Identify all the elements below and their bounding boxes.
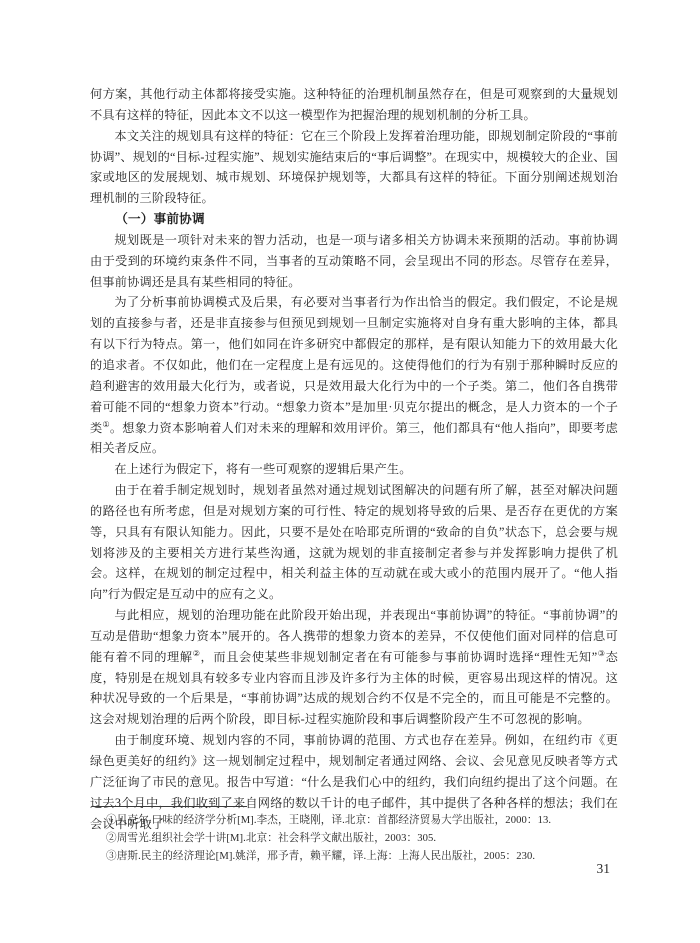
footnote-marker-2: ② <box>193 649 201 658</box>
body-paragraph-logical-results: 在上述行为假定下，将有一些可观察的逻辑后果产生。 <box>90 459 618 480</box>
page-number: 31 <box>597 861 611 877</box>
footnote-marker-1: ① <box>102 419 109 428</box>
body-text: 何方案，其他行动主体都将接受实施。这种特征的治理机制虽然存在，但是可观察到的大量… <box>90 84 618 834</box>
footnote-3: ③唐斯.民主的经济理论[M].姚洋，邢予青，赖平耀，译.上海：上海人民出版社，2… <box>90 848 618 866</box>
body-paragraph-behavior-assumptions: 为了分析事前协调模式及后果，有必要对当事者行为作出恰当的假定。我们假定，不论是规… <box>90 292 618 459</box>
paragraph-segment: ，而且会使某些非规划制定者在有可能参与事前协调时选择“理性无知” <box>201 650 598 664</box>
footnote-marker-3: ③ <box>597 649 605 658</box>
body-paragraph-governance-function: 与此相应，规划的治理功能在此阶段开始出现，并表现出“事前协调”的特征。“事前协调… <box>90 605 618 730</box>
paragraph-segment: 为了分析事前协调模式及后果，有必要对当事者行为作出恰当的假定。我们假定，不论是规… <box>90 295 618 434</box>
document-page: 何方案，其他行动主体都将接受实施。这种特征的治理机制虽然存在，但是可观察到的大量… <box>0 0 700 943</box>
footnote-list: ①贝克尔.口味的经济学分析[M].李杰，王晓刚，译.北京：首都经济贸易大学出版社… <box>90 812 618 866</box>
body-paragraph-overview: 本文关注的规划具有这样的特征：它在三个阶段上发挥着治理功能，即规划制定阶段的“事… <box>90 126 618 209</box>
body-paragraph-continuation: 何方案，其他行动主体都将接受实施。这种特征的治理机制虽然存在，但是可观察到的大量… <box>90 84 618 126</box>
footnote-1: ①贝克尔.口味的经济学分析[M].李杰，王晓刚，译.北京：首都经济贸易大学出版社… <box>90 812 618 830</box>
paragraph-segment: 。想象力资本影响着人们对未来的理解和效用评价。第三，他们都具有“他人指向”，即要… <box>90 421 618 456</box>
body-paragraph-limited-cognition: 由于在着手制定规划时，规划者虽然对通过规划试图解决的问题有所了解，甚至对解决问题… <box>90 480 618 605</box>
body-paragraph-planning-activity: 规划既是一项针对未来的智力活动，也是一项与诸多相关方协调未来预期的活动。事前协调… <box>90 230 618 293</box>
footnote-area: ①贝克尔.口味的经济学分析[M].李杰，王晓刚，译.北京：首都经济贸易大学出版社… <box>90 806 618 866</box>
footnote-separator <box>92 806 247 807</box>
footnote-2: ②周雪光.组织社会学十讲[M].北京：社会科学文献出版社，2003：305. <box>90 830 618 848</box>
section-heading: （一）事前协调 <box>90 209 618 230</box>
